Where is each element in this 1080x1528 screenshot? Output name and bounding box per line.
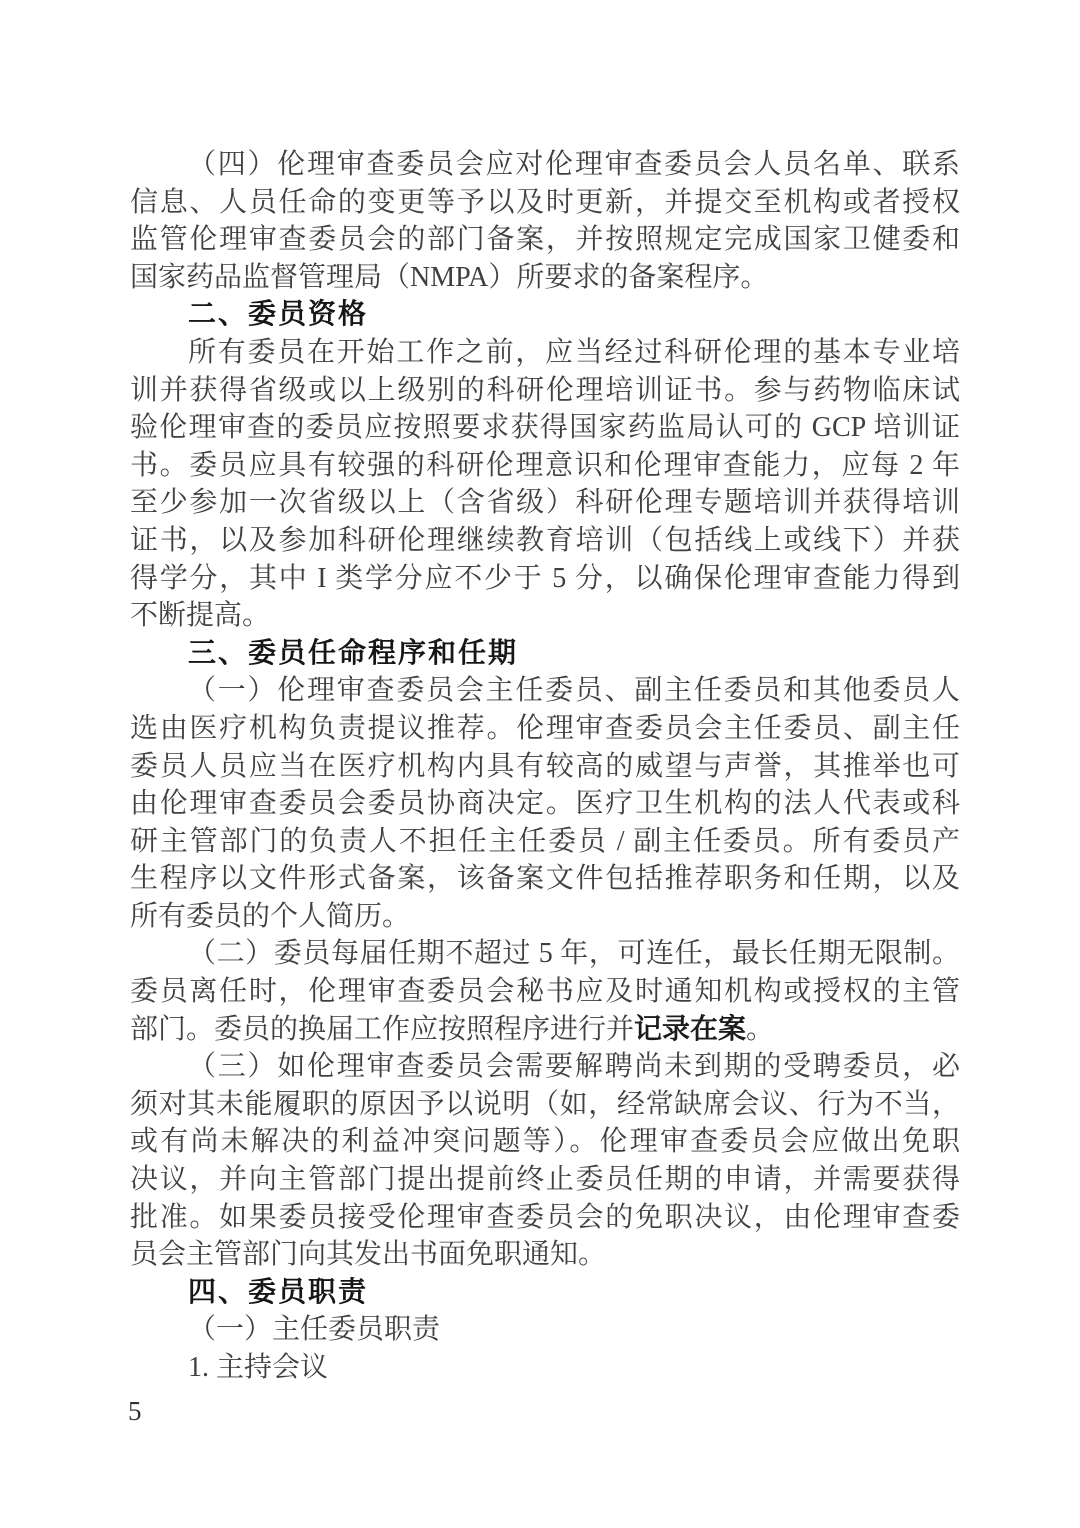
text-line: 验伦理审查的委员应按照要求获得国家药监局认可的 GCP 培训证: [130, 409, 960, 447]
text-line: 或有尚未解决的利益冲突问题等）。伦理审查委员会应做出免职: [130, 1123, 960, 1161]
paragraph: （二）委员每届任期不超过 5 年，可连任，最长任期无限制。委员离任时，伦理审查委…: [130, 935, 960, 1048]
text-line: 书。委员应具有较强的科研伦理意识和伦理审查能力，应每 2 年: [130, 447, 960, 485]
paragraph: （一）伦理审查委员会主任委员、副主任委员和其他委员人选由医疗机构负责提议推荐。伦…: [130, 672, 960, 935]
text-line: 所有委员的个人简历。: [130, 898, 960, 936]
text-line: （四）伦理审查委员会应对伦理审查委员会人员名单、联系: [130, 146, 960, 184]
text-line: （三）如伦理审查委员会需要解聘尚未到期的受聘委员，必: [130, 1048, 960, 1086]
text-line: （一）伦理审查委员会主任委员、副主任委员和其他委员人: [130, 672, 960, 710]
text-line: 证书，以及参加科研伦理继续教育培训（包括线上或线下）并获: [130, 522, 960, 560]
text-line: （二）委员每届任期不超过 5 年，可连任，最长任期无限制。: [130, 935, 960, 973]
text-line: 监管伦理审查委员会的部门备案，并按照规定完成国家卫健委和: [130, 221, 960, 259]
text-line: 须对其未能履职的原因予以说明（如，经常缺席会议、行为不当，: [130, 1086, 960, 1124]
text-line: 得学分，其中 I 类学分应不少于 5 分，以确保伦理审查能力得到: [130, 560, 960, 598]
text-line: 1. 主持会议: [130, 1349, 960, 1387]
text-line: 至少参加一次省级以上（含省级）科研伦理专题培训并获得培训: [130, 484, 960, 522]
paragraph: 所有委员在开始工作之前，应当经过科研伦理的基本专业培训并获得省级或以上级别的科研…: [130, 334, 960, 635]
text-line: 选由医疗机构负责提议推荐。伦理审查委员会主任委员、副主任: [130, 710, 960, 748]
paragraph: （四）伦理审查委员会应对伦理审查委员会人员名单、联系信息、人员任命的变更等予以及…: [130, 146, 960, 296]
page-number: 5: [128, 1396, 142, 1427]
text-block: （四）伦理审查委员会应对伦理审查委员会人员名单、联系信息、人员任命的变更等予以及…: [130, 146, 960, 1387]
text-line: 部门。委员的换届工作应按照程序进行并记录在案。: [130, 1011, 960, 1049]
section-heading: 四、委员职责: [130, 1274, 960, 1312]
text-line: 国家药品监督管理局（NMPA）所要求的备案程序。: [130, 259, 960, 297]
section-heading: 三、委员任命程序和任期: [130, 635, 960, 673]
paragraph: （三）如伦理审查委员会需要解聘尚未到期的受聘委员，必须对其未能履职的原因予以说明…: [130, 1048, 960, 1274]
emphasized-text: 记录在案: [634, 1014, 746, 1045]
section-heading: 二、委员资格: [130, 296, 960, 334]
paragraph: （一）主任委员职责: [130, 1311, 960, 1349]
paragraph: 1. 主持会议: [130, 1349, 960, 1387]
text-line: 决议，并向主管部门提出提前终止委员任期的申请，并需要获得: [130, 1161, 960, 1199]
text-line: 由伦理审查委员会委员协商决定。医疗卫生机构的法人代表或科: [130, 785, 960, 823]
text-line: 生程序以文件形式备案，该备案文件包括推荐职务和任期，以及: [130, 860, 960, 898]
text-line: 研主管部门的负责人不担任主任委员 / 副主任委员。所有委员产: [130, 823, 960, 861]
text-line: （一）主任委员职责: [130, 1311, 960, 1349]
text-line: 委员离任时，伦理审查委员会秘书应及时通知机构或授权的主管: [130, 973, 960, 1011]
text-line: 训并获得省级或以上级别的科研伦理培训证书。参与药物临床试: [130, 372, 960, 410]
text-line: 委员人员应当在医疗机构内具有较高的威望与声誉，其推举也可: [130, 748, 960, 786]
text-line: 批准。如果委员接受伦理审查委员会的免职决议，由伦理审查委: [130, 1199, 960, 1237]
text-line: 信息、人员任命的变更等予以及时更新，并提交至机构或者授权: [130, 184, 960, 222]
document-page: （四）伦理审查委员会应对伦理审查委员会人员名单、联系信息、人员任命的变更等予以及…: [0, 0, 1080, 1528]
text-line: 员会主管部门向其发出书面免职通知。: [130, 1236, 960, 1274]
text-line: 不断提高。: [130, 597, 960, 635]
text-line: 所有委员在开始工作之前，应当经过科研伦理的基本专业培: [130, 334, 960, 372]
